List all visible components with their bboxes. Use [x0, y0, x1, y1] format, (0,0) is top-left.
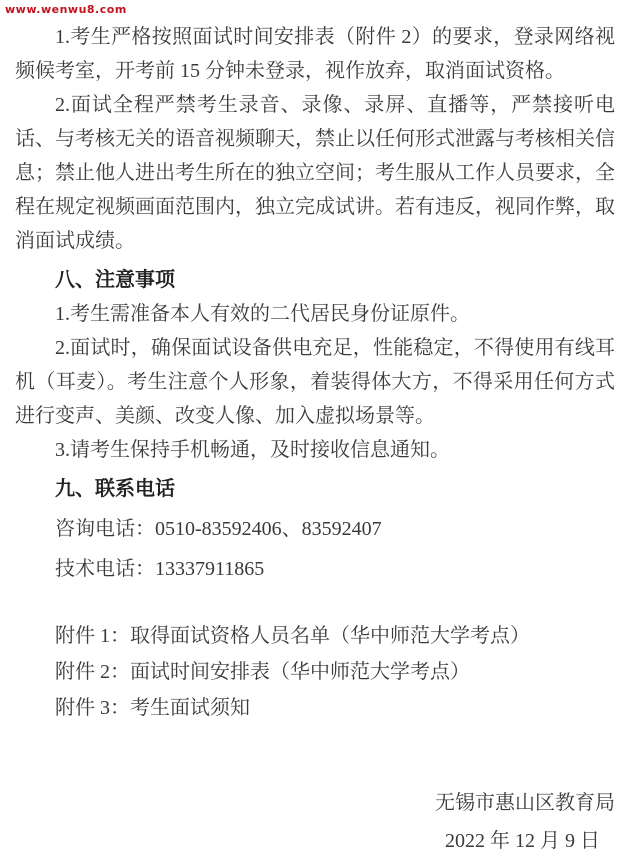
watermark: www.wenwu8.com [5, 3, 127, 16]
note-item-3: 3.请考生保持手机畅通，及时接收信息通知。 [15, 433, 615, 467]
attachments-list: 附件 1：取得面试资格人员名单（华中师范大学考点） 附件 2：面试时间安排表（华… [15, 618, 615, 726]
contact-line-technical: 技术电话：13337911865 [15, 552, 615, 586]
paragraph-rule-1: 1.考生严格按照面试时间安排表（附件 2）的要求，登录网络视频候考室，开考前 1… [15, 20, 615, 88]
issue-date: 2022 年 12 月 9 日 [15, 822, 615, 860]
attachment-item-1: 附件 1：取得面试资格人员名单（华中师范大学考点） [15, 618, 615, 654]
attachment-item-3: 附件 3：考生面试须知 [15, 690, 615, 726]
attachment-item-2: 附件 2：面试时间安排表（华中师范大学考点） [15, 654, 615, 690]
section-heading-notes: 八、注意事项 [15, 263, 615, 297]
paragraph-rule-2: 2.面试全程严禁考生录音、录像、录屏、直播等，严禁接听电话、与考核无关的语音视频… [15, 88, 615, 258]
section-heading-contacts: 九、联系电话 [15, 472, 615, 506]
contact-line-consult: 咨询电话：0510-83592406、83592407 [15, 512, 615, 546]
note-item-1: 1.考生需准备本人有效的二代居民身份证原件。 [15, 297, 615, 331]
signature-block: 无锡市惠山区教育局 2022 年 12 月 9 日 [15, 784, 615, 860]
document-page: 1.考生严格按照面试时间安排表（附件 2）的要求，登录网络视频候考室，开考前 1… [0, 0, 630, 860]
issuer-signature: 无锡市惠山区教育局 [15, 784, 615, 822]
note-item-2: 2.面试时，确保面试设备供电充足，性能稳定，不得使用有线耳机（耳麦）。考生注意个… [15, 331, 615, 433]
